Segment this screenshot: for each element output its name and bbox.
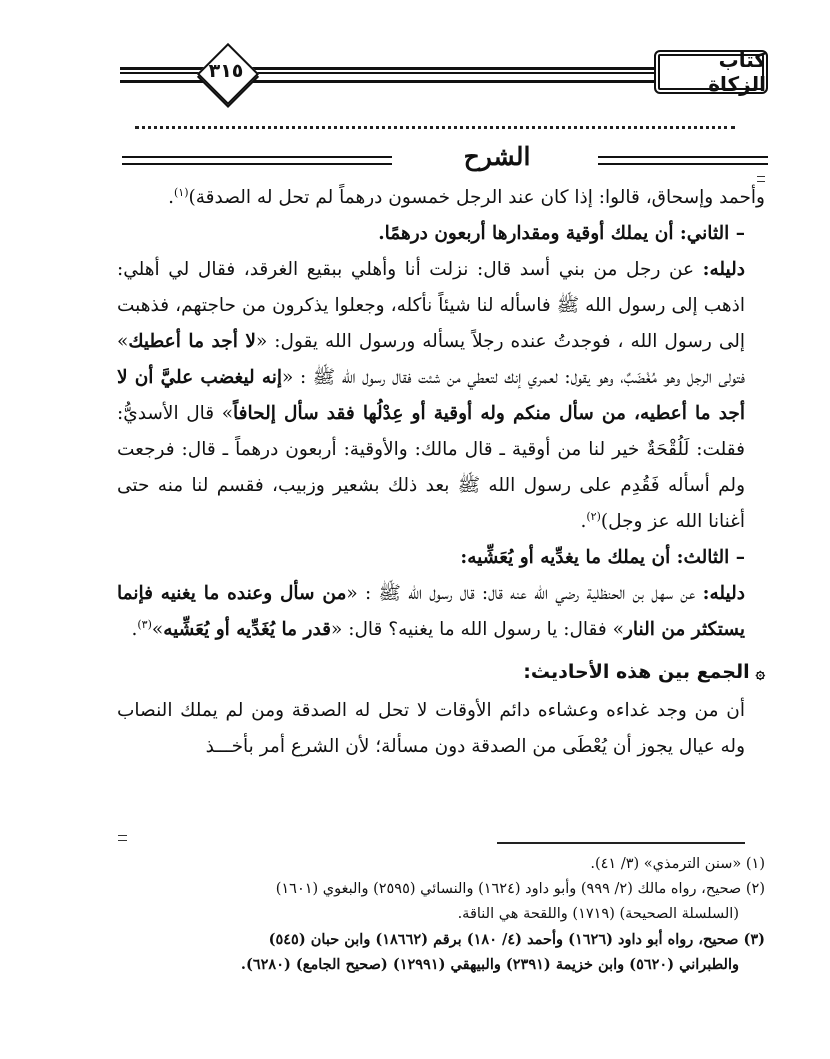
footnote-2-continued: (السلسلة الصحيحة) (١٧١٩) واللقحة هي النا…: [117, 902, 765, 927]
evidence-label: دليله:: [703, 583, 745, 604]
footnote-ref: (٣): [137, 618, 152, 631]
running-header: ٣١٥ كتاب الزكاة: [120, 44, 768, 102]
footnote-ref: (١): [174, 186, 189, 199]
footnotes: (١) «سنن الترمذي» (٣/ ٤١). (٢) صحيح، روا…: [117, 852, 765, 977]
footnote-3: (٣) صحيح، رواه أبو داود (١٦٢٦) وأحمد (٤/…: [117, 927, 765, 952]
dotted-divider: [135, 126, 735, 129]
heading-rule-right: [598, 156, 768, 165]
book-page: ٣١٥ كتاب الزكاة الشرح وأحمد وإسحاق، قالو…: [0, 0, 830, 1059]
evidence-label: دليله:: [703, 259, 745, 280]
footnote-2: (٢) صحيح، رواه مالك (٢/ ٩٩٩) وأبو داود (…: [117, 877, 765, 902]
octagram-icon: ۞: [756, 663, 765, 682]
subheading: ۞الجمع بين هذه الأحاديث:: [117, 654, 765, 691]
paragraph: وأحمد وإسحاق، قالوا: إذا كان عند الرجل خ…: [117, 180, 765, 216]
section-heading: الشرح: [122, 142, 768, 182]
continuation-mark: [118, 835, 127, 841]
heading-rule-left: [122, 156, 392, 165]
chapter-title: كتاب الزكاة: [656, 48, 766, 96]
hadith-quote: قدر ما يُغَدِّيه أو يُعَشِّيه: [163, 619, 331, 640]
page-number: ٣١٥: [196, 60, 256, 82]
section-title: الشرح: [402, 142, 592, 171]
chapter-title-box: كتاب الزكاة: [654, 50, 768, 94]
body-text: وأحمد وإسحاق، قالوا: إذا كان عند الرجل خ…: [117, 180, 765, 765]
footnote-1: (١) «سنن الترمذي» (٣/ ٤١).: [117, 852, 765, 877]
paragraph-evidence-1: دليله: عن رجل من بني أسد قال: نزلت أنا و…: [117, 252, 765, 540]
paragraph-evidence-2: دليله: عن سهل بن الحنظلية رضي الله عنه ق…: [117, 576, 765, 648]
point-three: – الثالث: أن يملك ما يغدِّيه أو يُعَشِّي…: [117, 540, 765, 576]
hadith-quote: لا أجد ما أعطيك: [128, 331, 256, 352]
footnote-ref: (٢): [586, 510, 601, 523]
footnote-separator: [497, 842, 745, 844]
page-number-badge: ٣١٥: [196, 44, 256, 100]
subheading-text: الجمع بين هذه الأحاديث:: [523, 661, 749, 683]
point-two: – الثاني: أن يملك أوقية ومقدارها أربعون …: [117, 216, 765, 252]
footnote-3-continued: والطبراني (٥٦٢٠) وابن خزيمة (٢٣٩١) والبي…: [117, 952, 765, 977]
paragraph-conclusion: أن من وجد غداءه وعشاءه دائم الأوقات لا ت…: [117, 693, 765, 765]
